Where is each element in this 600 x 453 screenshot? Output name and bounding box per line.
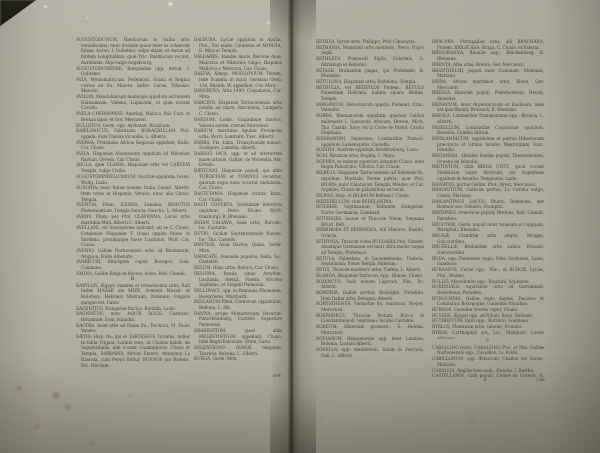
index-entry: BRIGANTIUM, Galliciæ portus; La Coruña v… (432, 187, 544, 198)
index-entry: BERGINIUM, Helvetiorum oppida; Piemont, … (316, 102, 424, 113)
index-entry: BOSPHORUS, Thraciæ fretum; Bocca di Cons… (316, 313, 424, 324)
right-column2-b-entries: BRACARA, Portugalliæ urbs, alii BRACHARA… (432, 39, 544, 339)
right-page-catchword: Car- (506, 378, 546, 383)
index-entry: BETHSA, Syriæ urbs, Philippo, Ptol. Cælo… (316, 39, 424, 45)
index-entry: BODINCUS, Pado nomen Ligurum, Plin.; Po,… (316, 279, 424, 290)
index-entry: BORBA, Rhenanorum oppidum, quorum Gallic… (316, 113, 424, 136)
index-entry: AUSONIA, nunc Italiæ nomen; Italia, Lean… (76, 185, 190, 202)
index-entry: BETULA, Palæstina, in Lacedæmonia, Umbri… (316, 256, 424, 267)
foxing-spot (320, 415, 324, 419)
foxing-spot (16, 386, 22, 391)
index-entry: BETHANIA, Mandubii urbs mediterr.; Ptero… (316, 45, 424, 56)
index-entry: AVELLANI, vel Inscriptione indicant, uti… (76, 225, 190, 248)
foxing-spot (34, 424, 40, 429)
index-entry: BARDUM, Lomb. Cispadanæ itineris; Valesi… (194, 117, 282, 128)
index-entry: AVARICUM, Biturigum caput; Bourges, Ioan… (76, 259, 190, 270)
index-entry: BELLOVACI, opp. in Pannonia Rhomanæ, Bes… (194, 288, 282, 299)
index-entry: CABALLINO fonte, CABALLINO Ptol. et Plin… (432, 345, 544, 356)
index-entry: BOEMIA, se habent superiori simando Clus… (316, 159, 424, 170)
index-entry: BARCINO, Hispaniæ Tarraconensis urbs nob… (194, 100, 282, 117)
right-column2-c-entries: CABALLINO fonte, CABALLINO Ptol. et Plin… (432, 345, 544, 379)
index-entry: BALBURA, Lyciæ oppidum in Apulia, Ptol.;… (194, 37, 282, 54)
index-entry: AVIA, Mediomatricum, Pedemont. Grana et … (76, 77, 190, 94)
index-entry: BITHYNIA, Thraciæ vobis BULGARIA Ptol. S… (316, 239, 424, 256)
index-entry: AUGUSTOVINDELICORUM, Austriæ oppidum; Iu… (76, 174, 190, 185)
index-entry: BAGNIATUS, nunc AQUÆ SOLIS, Castrado, Br… (76, 311, 190, 322)
index-entry: BARIUM, maritima Apuliæ Provinciæ urbs; … (194, 128, 282, 139)
index-entry: BRITANNIA, Albionis Insulæ populi, Thoma… (432, 153, 544, 164)
index-entry: BOSELLA, opp. mediterran. Italiæ in Ferr… (316, 347, 424, 358)
paper-speck (44, 5, 47, 8)
left-page-column-2: BALBURA, Lyciæ oppidum in Apulia, Ptol.;… (194, 37, 282, 375)
index-entry: BÆTIS, Hisp. flu. qui et TARTESSUS Tyria… (76, 334, 190, 368)
index-entry: BITURIGES, Ianuæ et Thusciæ Novæ, Sequan… (316, 216, 424, 227)
index-entry: BURGA, Germ. Mon. (194, 356, 282, 362)
index-entry: BETASII, Brabantiæ pagus, qui Ptolemæo, … (316, 68, 424, 79)
index-entry: BARISCI IACA, opp. et ad ulteriorem mare… (194, 151, 282, 168)
index-entry: BRESSA, Bavariæ populi, Pedemontium; Heu… (432, 90, 544, 101)
index-entry: BILBAO, Hisp. et BILBAUM Bellum f. Clusi… (316, 193, 424, 199)
index-entry: BILBILIS, Hispaniæ Tarraconensis ad Salo… (316, 170, 424, 193)
foxing-spot (128, 394, 132, 398)
book-photo: AUGUSTODUNUM, Hæduorum in Gallia urbs ve… (0, 0, 600, 453)
index-entry: BURDIGALA, Aquitaniæ urbs ad Garumnam; B… (432, 284, 544, 295)
index-entry: BELGINA, Insula sinus Arsydiæ, Lusitania… (194, 271, 282, 288)
index-entry: BELLANUM Plinii, Carnorum oppidulum; Bel… (194, 299, 282, 310)
right-page-column-2: BRACARA, Portugalliæ urbs, alii BRACHARA… (432, 39, 544, 379)
index-entry: BOVIANUM, Hispaniorum opp. inter Lannios… (316, 336, 424, 347)
index-entry: BALEARES, Insulæ maris Ibericæ duæ, Maio… (194, 54, 282, 71)
index-entry: BRIXA, Africæ maritimæ urbs; Bleda, Ger.… (432, 79, 544, 90)
index-entry: BETHULIA, vel BETHYLOS Ptolem., BETULO P… (316, 85, 424, 102)
index-entry: BRIGANTINUS LACUS, Rhæti; Bodensee, der … (432, 199, 544, 210)
index-entry: BAIOCATE, Ausoniæ populus; Bella, Iac. C… (194, 254, 282, 265)
index-entry: BANNA, prope Monasterium Bavariæ; Pistor… (194, 311, 282, 328)
index-entry: AVERSA, Ptolemæo Africæ Regionis oppidum… (76, 140, 190, 151)
index-entry: BUBASSUS, Cariæ opp., Plin.; et BUBON, L… (432, 267, 544, 278)
paper-speck (86, 17, 88, 19)
index-entry: BISERANONI, Sansovino, Lombardiæ Transal… (316, 136, 424, 147)
foxing-spot (52, 392, 60, 399)
index-entry: BÆTICANI, Hispaniæ populi, qui alibi TUR… (194, 168, 282, 191)
book-gutter (270, 0, 316, 453)
index-entry: BALTIA, Xenop. MOISLOVIUM Thilum, inde S… (194, 71, 282, 88)
index-entry: ABULA, quæ CLANIA, Hispaniæ urbs vel CAR… (76, 162, 190, 173)
foxing-spot (240, 430, 245, 434)
index-entry: BONONIA, Galliæ portus; Boulogne, Paradi… (316, 290, 424, 301)
index-entry: BRAXENTIUM, quod alibi MELESTINTIUM appe… (194, 328, 282, 345)
index-entry: AVILA, Hispaniæ Abulensium oppidum ad Mi… (76, 151, 190, 162)
index-entry: AVILON, Mandubiorum municipii oppidum ad… (76, 94, 190, 111)
index-entry: BELENTIONIS DIANÆ templum, Taurinis; Bol… (194, 345, 282, 356)
index-entry: BRUCTERI, Germ. populi inter Amasum et L… (432, 222, 544, 233)
index-entry: AVELA CHERSONESI, Abavlag, Malaca, Ital.… (76, 111, 190, 122)
index-entry: BOREUM, Hiberniæ promont.; S. Helena, Me… (316, 324, 424, 335)
foxing-spot (470, 418, 476, 423)
index-entry: BRISACUM, inter Argentoratum et Basileam… (432, 102, 544, 113)
index-entry: BARRA, Flu. Lima, Transylvaniæ minori; S… (194, 140, 282, 151)
index-entry: BETIS, Thusciæ mediterr. urbs; Tudela, L… (316, 267, 424, 273)
index-entry: BRIGOBANNA, Rheniæ opp.; Reichenberg, B.… (432, 50, 544, 61)
index-entry: BORYSTHENES, Sarmatiæ flu. maximus; Niep… (316, 301, 424, 312)
index-entry: BACTRA, Asiæ urbs ad Oxum flu.; Bochara,… (76, 323, 190, 334)
index-entry: BABYLON, Ægypti maxima et vetustissima u… (76, 283, 190, 306)
index-entry: AVENS, Flum. per Ptol. CLAVENNA, Lacus u… (76, 214, 190, 225)
index-entry: BETULONA, Hispaniæ urbs; Badalona, Templ… (316, 79, 424, 85)
index-entry: AVENTIA, Flum. ILERDA, Lanabia, BOACTUS … (76, 202, 190, 213)
index-entry: BRITOVIUM, alibi BRIGA CIVIT., quod voca… (432, 164, 544, 181)
index-entry: BRUGÆ, Flandriæ urbs ampla; Brugge, Guic… (432, 233, 544, 244)
index-entry: BETHLEVS, Præpositi Sigila, Calormio, G.… (316, 56, 424, 67)
right-page-signature: b (470, 378, 500, 383)
index-entry: BUDA, opp. Pannoniæ regia; Ofen Germanis… (432, 256, 544, 267)
index-entry: BANCROVA, Alba 1499; Cispadania, Cor. Mi… (194, 88, 282, 99)
index-entry: BRANTHELMI, populi inter Coloniam, Monta… (432, 68, 544, 79)
left-page-column-1: AUGUSTODUNUM, Hæduorum in Gallia urbs ve… (76, 37, 190, 385)
index-entry: AUGUSTODUNUM, Hæduorum in Gallia urbs ve… (76, 37, 190, 66)
foxing-spot (90, 441, 95, 445)
index-entry: BANTIOS, Asiæ fluvius; Quizo, Gerar. Mir… (194, 242, 282, 253)
index-entry: CABILLONUM, opp. Æduorum; Challon sur Sa… (432, 356, 544, 367)
index-entry: BELUM, Hisp. urbs; Belorci, Car. Clusio. (194, 265, 282, 271)
index-entry: BRITONES, Armoricæ populi; Bretons, Rob.… (432, 210, 544, 221)
index-entry: BASTI COVERTA, Germaniæ inferioris oppid… (194, 202, 282, 219)
index-entry: BITERRÆ, Septimaniæ; Bellontæ Hungariæ, … (316, 204, 424, 215)
index-entry: BABILONICUS, Fabritium, BORACHILLAM Ptol… (76, 128, 190, 139)
left-column1-a-entries: AUGUSTODUNUM, Hæduorum in Gallia urbs ve… (76, 37, 190, 277)
index-entry: BATAN CALIAVA, Asiæ urbs; Barcelo, Iac. … (194, 220, 282, 231)
index-entry: BRESLA, Lombardiæ Transpadanæ opp.; Bres… (432, 113, 544, 124)
index-entry: BASTETANIA, Hispaniæ civitas; Baza, Car.… (194, 191, 282, 202)
index-entry: BERRHOEA ET BERRHOEA, Alii Minores, Basi… (316, 227, 424, 238)
index-entry: BUTIO, Siciliæ Septentrionalis fluvius; … (194, 231, 282, 242)
index-entry: BURGUNDIA, Galliæ regio duplex, Ducatus … (432, 296, 544, 307)
paper-speck (267, 21, 270, 24)
left-column1-b-entries: BABYLON, Ægypti maxima et vetustissima u… (76, 283, 190, 369)
table-surface-corner (0, 0, 44, 32)
index-entry: BLANDA, Hispaniæ Tarracon. opp.; Blanes,… (316, 273, 424, 279)
paper-speck (168, 2, 173, 6)
index-entry: AUGUSTODUNENSE, Burgundiæ opp. Autun, I.… (76, 66, 190, 77)
foxing-spot (64, 404, 71, 410)
index-entry: BRIXELLUM, Lombardiæ Cispadanæ oppidum; … (432, 125, 544, 136)
index-entry: AVENIO, Galliæ Narbonensis urbs ad Rhoda… (76, 248, 190, 259)
right-page-column-1: BETHSA, Syriæ urbs, Philippo, Ptol. Cælo… (316, 39, 424, 387)
foxing-spot (180, 60, 183, 63)
index-entry: BRIXLANDICUM, oppidulum et portus Hibern… (432, 136, 544, 153)
index-entry: BRUXELLÆ, Brabantiæ urbs aulica; Brussel… (432, 244, 544, 255)
index-entry: BRACARA, Portugalliæ urbs, alii BRACHARA… (432, 39, 544, 50)
